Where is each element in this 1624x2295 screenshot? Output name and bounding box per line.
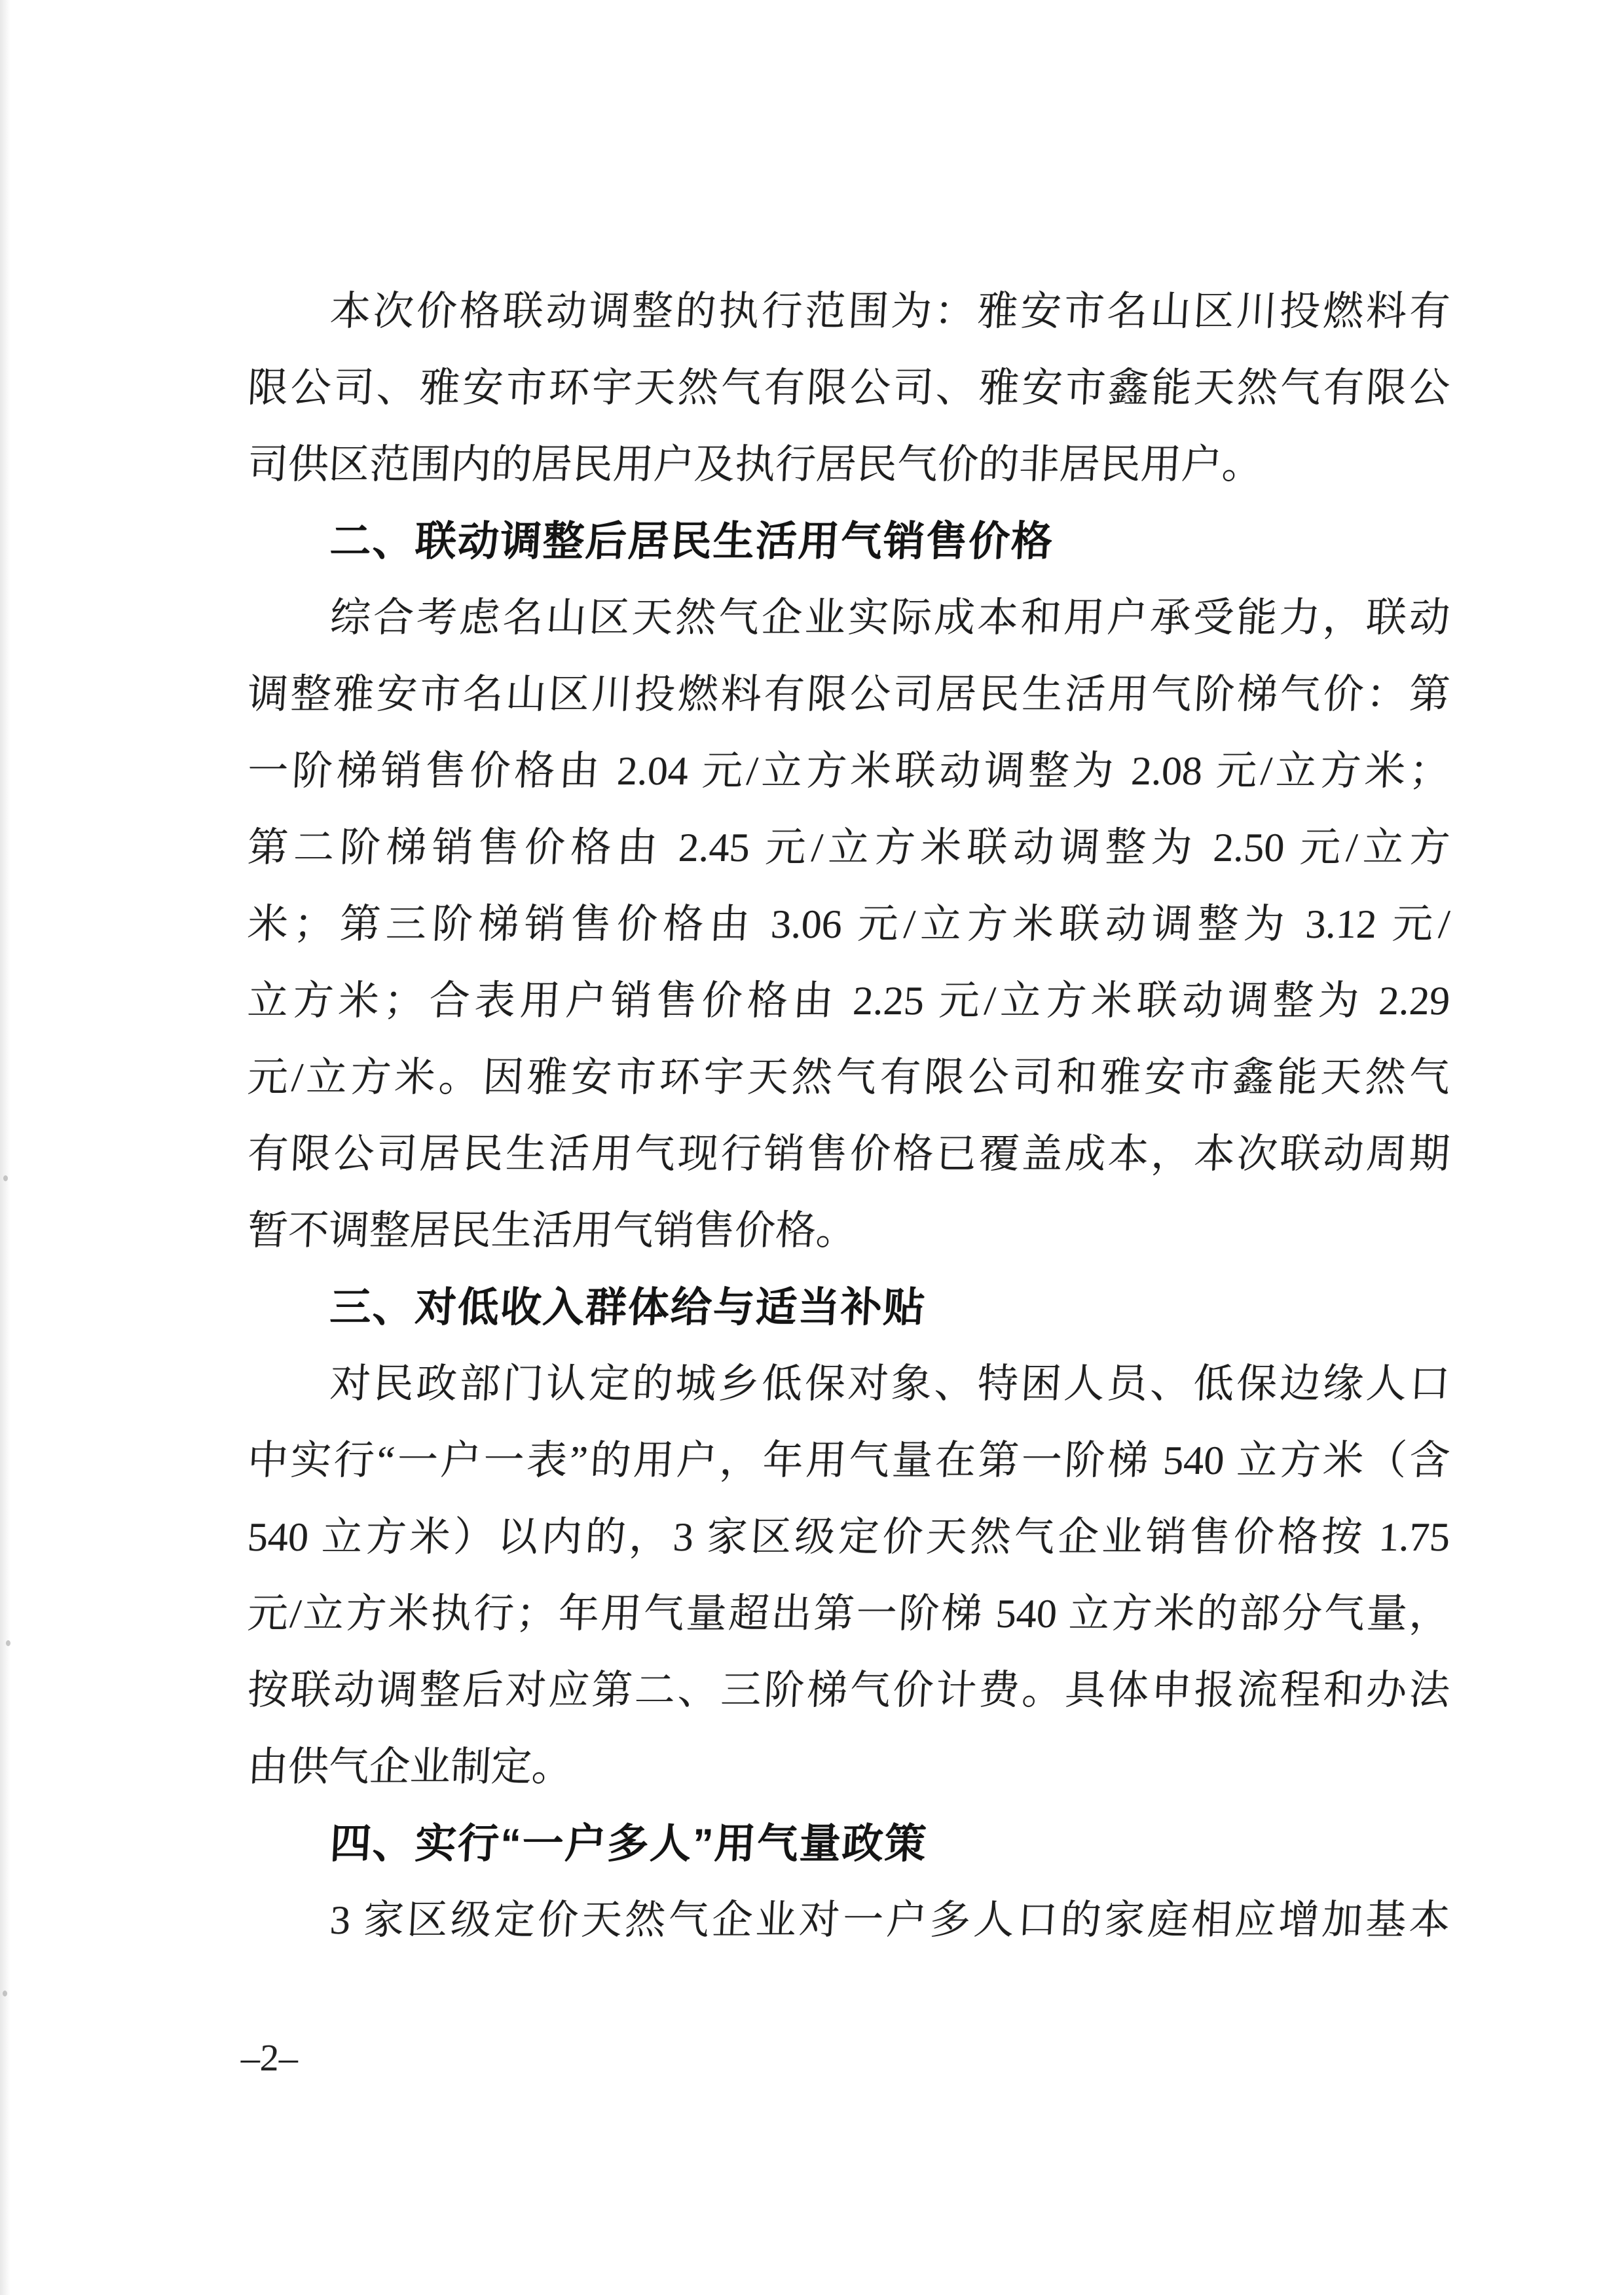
scan-speck <box>3 1991 7 1996</box>
document-line: 元/立方米执行；年用气量超出第一阶梯 540 立方米的部分气量， <box>246 1576 1452 1653</box>
document-line: 一阶梯销售价格由 2.04 元/立方米联动调整为 2.08 元/立方米； <box>246 733 1452 810</box>
section-heading: 二、联动调整后居民生活用气销售价格 <box>246 504 1452 580</box>
document-line: 暂不调整居民生活用气销售价格。 <box>246 1193 1452 1270</box>
document-line: 中实行“一户一表”的用户，年用气量在第一阶梯 540 立方米（含 <box>246 1423 1452 1499</box>
document-line: 司供区范围内的居民用户及执行居民气价的非居民用户。 <box>246 427 1452 504</box>
document-line: 由供气企业制定。 <box>246 1729 1452 1806</box>
document-line: 元/立方米。因雅安市环宇天然气有限公司和雅安市鑫能天然气 <box>246 1040 1452 1116</box>
section-heading: 三、对低收入群体给与适当补贴 <box>246 1270 1452 1346</box>
document-body: 本次价格联动调整的执行范围为：雅安市名山区川投燃料有限公司、雅安市环宇天然气有限… <box>248 274 1450 1959</box>
section-heading: 四、实行“一户多人”用气量政策 <box>246 1806 1452 1882</box>
document-line: 对民政部门认定的城乡低保对象、特困人员、低保边缘人口 <box>246 1346 1452 1423</box>
document-line: 3 家区级定价天然气企业对一户多人口的家庭相应增加基本 <box>246 1882 1452 1959</box>
document-line: 调整雅安市名山区川投燃料有限公司居民生活用气阶梯气价：第 <box>246 657 1452 733</box>
document-line: 按联动调整后对应第二、三阶梯气价计费。具体申报流程和办法 <box>246 1653 1452 1729</box>
document-page: 本次价格联动调整的执行范围为：雅安市名山区川投燃料有限公司、雅安市环宇天然气有限… <box>0 0 1624 2295</box>
document-line: 540 立方米）以内的，3 家区级定价天然气企业销售价格按 1.75 <box>246 1499 1452 1576</box>
scan-speck <box>3 1175 8 1181</box>
document-line: 有限公司居民生活用气现行销售价格已覆盖成本，本次联动周期 <box>246 1116 1452 1193</box>
scan-edge-artifact <box>0 0 10 2295</box>
scan-speck <box>6 1640 10 1646</box>
document-line: 综合考虑名山区天然气企业实际成本和用户承受能力，联动 <box>246 580 1452 657</box>
document-line: 立方米；合表用户销售价格由 2.25 元/立方米联动调整为 2.29 <box>246 963 1452 1040</box>
document-line: 限公司、雅安市环宇天然气有限公司、雅安市鑫能天然气有限公 <box>246 350 1452 427</box>
page-number: –2– <box>240 2029 299 2087</box>
document-line: 第二阶梯销售价格由 2.45 元/立方米联动调整为 2.50 元/立方 <box>246 810 1452 887</box>
document-line: 本次价格联动调整的执行范围为：雅安市名山区川投燃料有 <box>246 274 1452 350</box>
document-line: 米；第三阶梯销售价格由 3.06 元/立方米联动调整为 3.12 元/ <box>246 887 1452 963</box>
